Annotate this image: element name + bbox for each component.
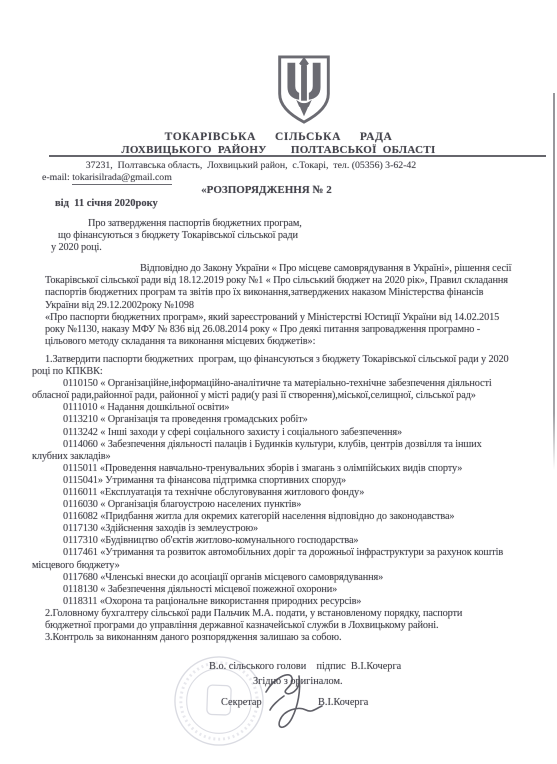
body-line: 0117130 «Здійснення заходів із землеустр… — [45, 523, 557, 535]
body-line: 0117461 «Утримання та розвиток автомобіл… — [45, 547, 557, 559]
doc-title: «РОЗПОРЯДЖЕННЯ № 2 — [0, 184, 545, 196]
body-line: клубних закладів» — [32, 451, 557, 463]
body-line: 0117680 «Членські внески до асоціації ор… — [45, 572, 557, 584]
body-line: Про затвердження паспортів бюджетних про… — [45, 218, 557, 230]
body-line: 0115011 «Проведення навчально-тренувальн… — [45, 463, 557, 475]
email-label: e-mail: — [42, 172, 72, 183]
body-line: 0118311 «Охорона та раціональне використ… — [45, 596, 557, 608]
body-line: цільового методу складання та виконання … — [45, 336, 557, 348]
scan-edge-artifact — [553, 93, 555, 470]
body-line: місцевого бюджету» — [32, 560, 557, 572]
body-line: 0111010 « Надання дошкільної освіти» — [45, 402, 557, 414]
document-body: Про затвердження паспортів бюджетних про… — [45, 218, 557, 644]
body-line: 0116011 «Експлуатація та технічне обслуг… — [45, 487, 557, 499]
body-line: Токарівської сільської ради від 18.12.20… — [45, 275, 557, 287]
body-line: Відповідно до Закону України « Про місце… — [45, 263, 557, 275]
body-line: 0114060 « Забезпечення діяльності палаці… — [45, 439, 557, 451]
body-line: 0118130 « Забезпечення діяльності місцев… — [45, 584, 557, 596]
ukraine-trident-shield-icon — [271, 54, 337, 126]
email-row: e-mail: tokarisilrada@gmail.com — [42, 172, 172, 183]
handwritten-signature-icon — [256, 666, 328, 738]
body-line: обласної ради,районної ради, районної у … — [32, 390, 557, 402]
body-line: році по КПКВК: — [32, 366, 557, 378]
org-name-line1: ТОКАРІВСЬКА СІЛЬСЬКА РАДА — [0, 131, 557, 143]
header-divider — [49, 155, 546, 157]
body-line: 0116030 « Організація благоустрою населе… — [45, 499, 557, 511]
body-line: 0110150 « Організаційне,інформаційно-ана… — [45, 378, 557, 390]
body-line: 0113242 « Інші заходи у сфері соціальног… — [45, 427, 557, 439]
body-line: «Про паспорти бюджетних програм», який з… — [45, 312, 557, 324]
body-line: що фінансуються з бюджету Токарівської с… — [45, 230, 557, 242]
body-line: 3.Контроль за виконанням даного розпоряд… — [45, 632, 557, 644]
body-line: бюджетної програми до управління державн… — [45, 620, 557, 632]
email-link: tokarisilrada@gmail.com — [72, 172, 172, 185]
doc-date: від 11 січня 2020року — [55, 198, 158, 209]
body-line: України від 29.12.2002року №1098 — [45, 300, 557, 312]
body-line: 0116082 «Придбання житла для окремих кат… — [45, 511, 557, 523]
body-line: 0113210 « Організація та проведення гром… — [45, 414, 557, 426]
body-line: паспортів бюджетних програм та звітів пр… — [45, 287, 557, 299]
address-line: 37231, Полтавська область, Лохвицький ра… — [0, 160, 502, 171]
body-line: 2.Головному бухгалтеру сільської ради Па… — [45, 608, 557, 620]
body-line: 0117310 «Будівництво об'єктів житлово-ко… — [45, 535, 557, 547]
document-page: ТОКАРІВСЬКА СІЛЬСЬКА РАДА ЛОХВИЦЬКОГО РА… — [0, 0, 557, 764]
body-line: 0115041» Утримання та фінансова підтримк… — [45, 475, 557, 487]
body-line: року №1130, наказу МФУ № 836 від 26.08.2… — [45, 324, 557, 336]
body-line: у 2020 році. — [45, 242, 557, 254]
body-line: 1.Затвердити паспорти бюджетних програм,… — [45, 354, 557, 366]
